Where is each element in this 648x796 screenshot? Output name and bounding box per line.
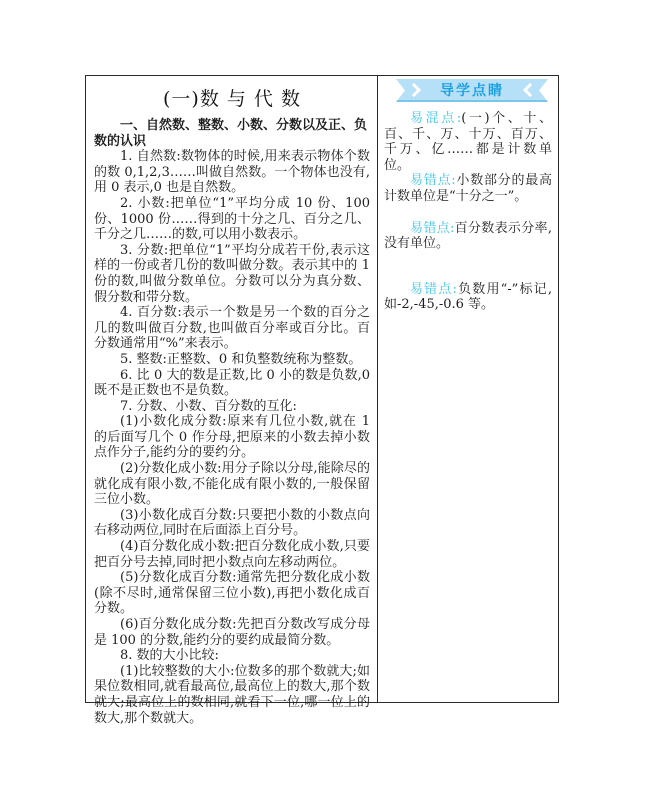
note-confusion-point: 易混点:(一)个、十、百、千、万、十万、百万、千万、亿……都是计数单位。	[384, 111, 552, 173]
paragraph-conversion-6: (6)百分数化成分数:先把百分数改写成分母是 100 的分数,能约分的要约成最简…	[94, 617, 370, 648]
guide-banner-label: 导学点睛	[440, 80, 504, 100]
paragraph-conversion-5: (5)分数化成百分数:通常先把分数化成小数(除不尽时,通常保留三位小数),再把小…	[94, 570, 370, 617]
paragraph-natural-numbers: 1. 自然数:数物体的时候,用来表示物体个数的数 0,1,2,3……叫做自然数。…	[94, 149, 370, 196]
paragraph-conversion-4: (4)百分数化成小数:把百分数化成小数,只要把百分号去掉,同时把小数点向左移动两…	[94, 539, 370, 570]
paragraph-conversion-3: (3)小数化成百分数:只要把小数的小数点向右移动两位,同时在后面添上百分号。	[94, 508, 370, 539]
page-title: (一)数 与 代 数	[94, 84, 370, 111]
content-table: (一)数 与 代 数 一、自然数、整数、小数、分数以及正、负数的认识 1. 自然…	[85, 75, 559, 703]
chevron-left-icon	[523, 82, 537, 96]
paragraph-comparison-1: (1)比较整数的大小:位数多的那个数就大;如果位数相同,就看最高位,最高位上的数…	[94, 664, 370, 726]
note-label: 易错点:	[410, 282, 457, 297]
paragraph-conversion-intro: 7. 分数、小数、百分数的互化:	[94, 399, 370, 415]
paragraph-integers: 5. 整数:正整数、0 和负整数统称为整数。	[94, 352, 370, 368]
paragraph-conversion-2: (2)分数化成小数:用分子除以分母,能除尽的就化成有限小数,不能化成有限小数的,…	[94, 461, 370, 508]
note-label: 易混点:	[410, 111, 461, 126]
paragraph-decimals: 2. 小数:把单位“1”平均分成 10 份、100 份、1000 份……得到的十…	[94, 196, 370, 243]
paragraph-conversion-1: (1)小数化成分数:原来有几位小数,就在 1 的后面写几个 0 作分母,把原来的…	[94, 414, 370, 461]
sidebar-column: 导学点睛 易混点:(一)个、十、百、千、万、十万、百万、千万、亿……都是计数单位…	[378, 76, 558, 702]
main-column: (一)数 与 代 数 一、自然数、整数、小数、分数以及正、负数的认识 1. 自然…	[86, 76, 378, 702]
paragraph-percentages: 4. 百分数:表示一个数是另一个数的百分之几的数叫做百分数,也叫做百分率或百分比…	[94, 305, 370, 352]
note-label: 易错点:	[410, 173, 456, 188]
paragraph-positive-negative: 6. 比 0 大的数是正数,比 0 小的数是负数,0 既不是正数也不是负数。	[94, 368, 370, 399]
paragraph-fractions: 3. 分数:把单位“1”平均分成若干份,表示这样的一份或者几份的数叫做分数。表示…	[94, 243, 370, 305]
note-error-point-1: 易错点:小数部分的最高计数单位是“十分之一”。	[384, 173, 552, 204]
section-heading: 一、自然数、整数、小数、分数以及正、负数的认识	[94, 118, 370, 149]
note-error-point-2: 易错点:百分数表示分率,没有单位。	[384, 221, 552, 252]
note-label: 易错点:	[410, 221, 454, 236]
note-error-point-3: 易错点:负数用“-”标记,如-2,-45,-0.6 等。	[384, 282, 552, 313]
paragraph-comparison-intro: 8. 数的大小比较:	[94, 648, 370, 664]
guide-banner: 导学点睛	[396, 79, 548, 102]
chevron-right-icon	[407, 82, 421, 96]
document-page: (一)数 与 代 数 一、自然数、整数、小数、分数以及正、负数的认识 1. 自然…	[0, 0, 648, 796]
